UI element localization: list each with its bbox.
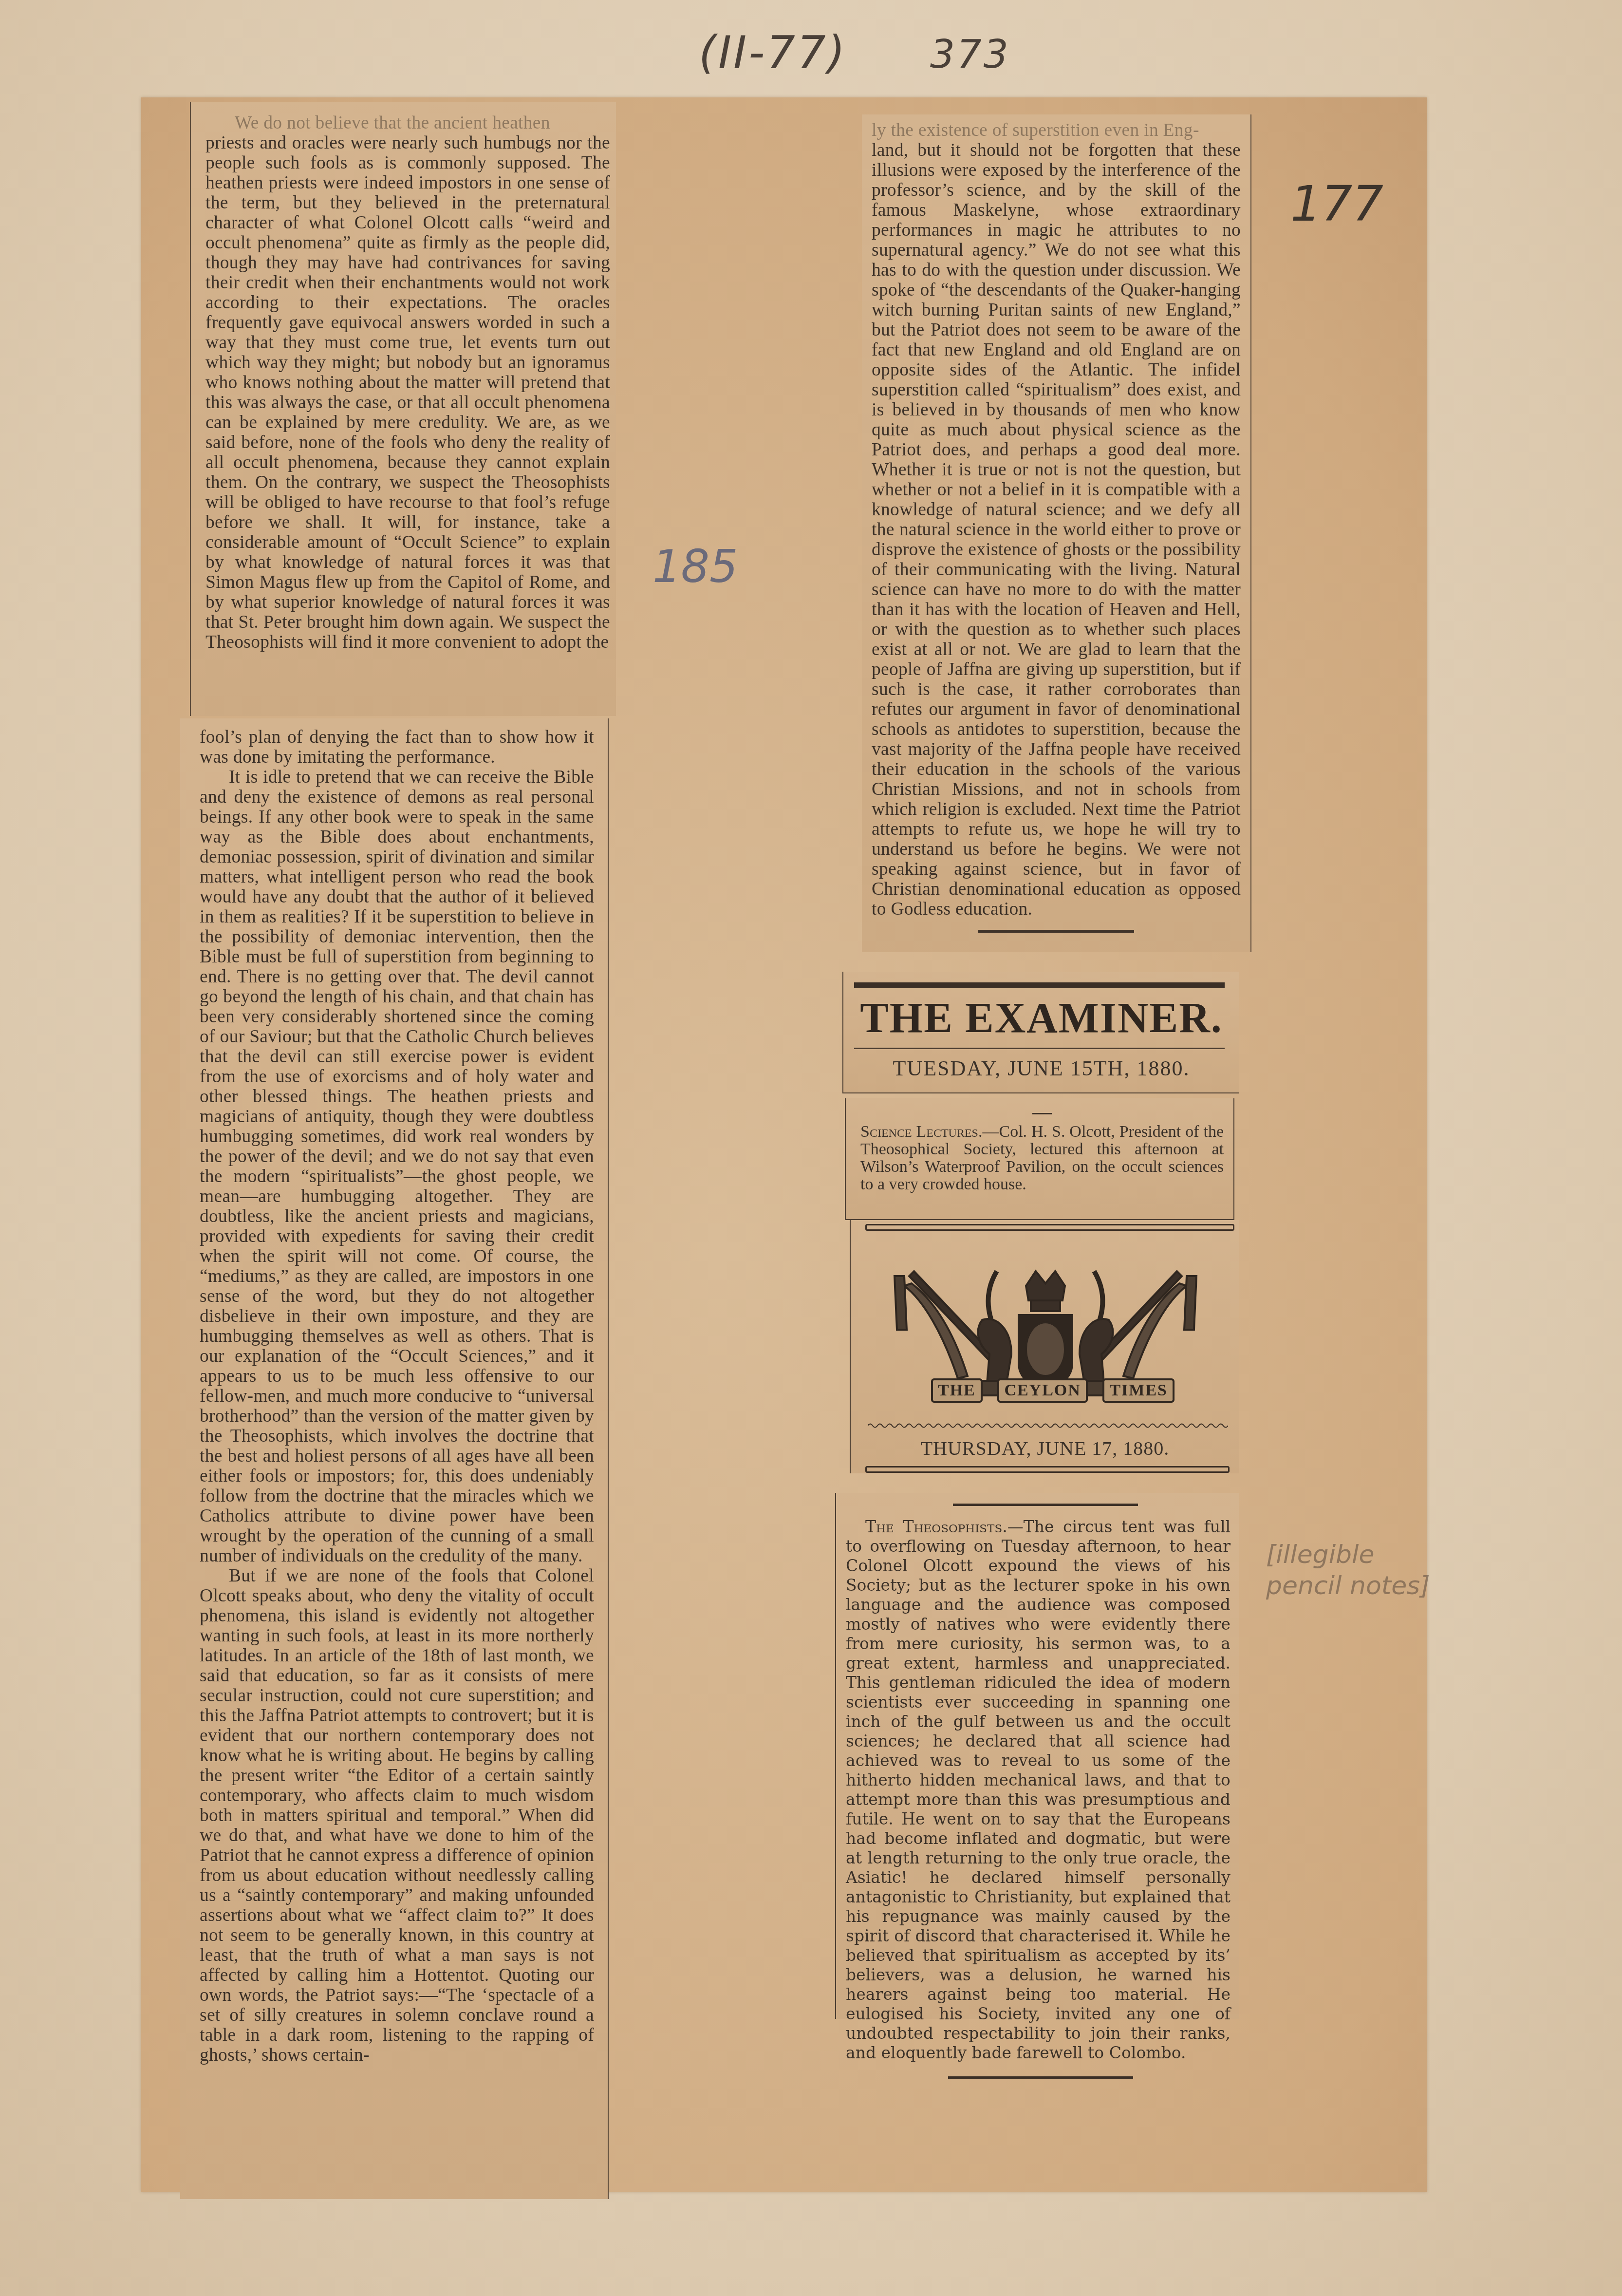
right-clipping-article: ly the existence of superstition even in… xyxy=(862,114,1251,952)
page-number-annotation: 373 xyxy=(930,32,1010,77)
article-paragraph: But if we are none of the fools that Col… xyxy=(200,1566,594,2065)
notice-text: Science Lectures.—Col. H. S. Olcott, Pre… xyxy=(860,1123,1224,1193)
article-text: The Theosophists.—The circus tent was fu… xyxy=(846,1517,1230,2063)
cut-first-line: We do not believe that the ancient heath… xyxy=(205,113,610,133)
volume-reference-annotation: (II-77) xyxy=(699,27,847,79)
masthead-top-rule xyxy=(865,1224,1234,1231)
article-body: —The circus tent was full to overflowing… xyxy=(846,1517,1230,2062)
article-paragraph: fool’s plan of denying the fact than to … xyxy=(200,727,594,767)
examiner-masthead: THE EXAMINER. TUESDAY, JUNE 15TH, 1880. xyxy=(842,972,1239,1093)
article-paragraph: It is idle to pretend that we can receiv… xyxy=(200,767,594,1566)
folio-number-right: 177 xyxy=(1290,175,1383,232)
article-top-rule xyxy=(953,1504,1138,1506)
crest-banner: THE CEYLON TIMES xyxy=(931,1378,1175,1403)
issue-date: TUESDAY, JUNE 15TH, 1880. xyxy=(843,1056,1239,1081)
left-clipping-upper: We do not believe that the ancient heath… xyxy=(190,102,616,716)
article-paragraph: land, but it should not be forgotten tha… xyxy=(872,140,1241,919)
banner-word: THE xyxy=(931,1378,983,1403)
science-lectures-notice: Science Lectures.—Col. H. S. Olcott, Pre… xyxy=(845,1098,1234,1220)
article-paragraph: priests and oracles were nearly such hum… xyxy=(205,133,610,652)
article-heading: The Theosophists. xyxy=(846,1517,1007,1536)
cut-first-line: ly the existence of superstition even in… xyxy=(872,120,1241,140)
left-clipping-lower: fool’s plan of denying the fact than to … xyxy=(180,718,609,2199)
masthead-thick-rule xyxy=(854,982,1225,988)
end-rule xyxy=(978,930,1134,933)
notice-heading: Science Lectures. xyxy=(860,1123,982,1141)
folio-number-middle: 185 xyxy=(653,541,738,593)
notice-dash xyxy=(1032,1113,1052,1114)
wavy-rule xyxy=(868,1422,1228,1429)
issue-date: THURSDAY, JUNE 17, 1880. xyxy=(851,1437,1239,1460)
banner-word: CEYLON xyxy=(997,1378,1087,1403)
masthead-thin-rule xyxy=(854,1048,1225,1049)
ceylon-times-masthead: THE CEYLON TIMES THURSDAY, JUNE 17, 1880… xyxy=(850,1220,1239,1473)
theosophists-article: The Theosophists.—The circus tent was fu… xyxy=(835,1493,1239,2019)
banner-word: TIMES xyxy=(1102,1378,1175,1403)
margin-pencil-notes: [illegible pencil notes] xyxy=(1266,1539,1432,1601)
masthead-bottom-rule xyxy=(865,1466,1230,1473)
article-end-rule xyxy=(948,2076,1133,2079)
newspaper-title: THE EXAMINER. xyxy=(843,995,1239,1042)
